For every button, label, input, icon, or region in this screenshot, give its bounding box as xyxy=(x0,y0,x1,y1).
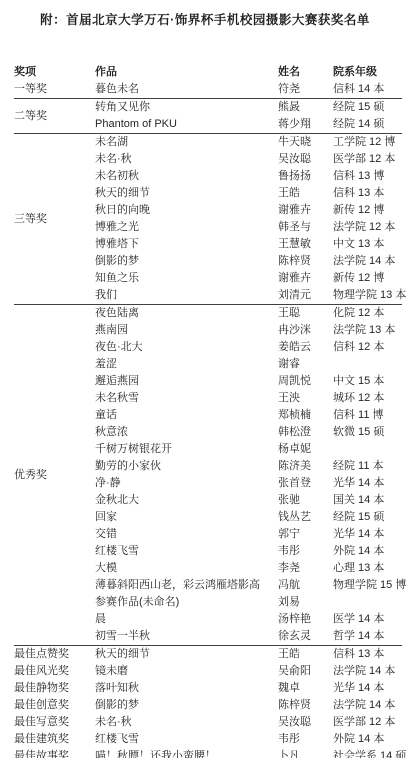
col-header-work: 作品 xyxy=(95,61,278,81)
work-cell: 秋日的向晚 xyxy=(95,202,278,219)
award-table: 奖项 作品 姓名 院系年级 一等奖暮色未名符尧信科 14 本二等奖转角又见你熊晸… xyxy=(14,61,402,758)
dept-cell: 经院 11 本 xyxy=(333,458,402,475)
table-row: 二等奖转角又见你熊晸经院 15 硕 xyxy=(14,99,402,117)
work-cell: 未名·秋 xyxy=(95,714,278,731)
work-cell: 参赛作品(未命名) xyxy=(95,594,278,611)
dept-cell: 法学院 12 本 xyxy=(333,219,402,236)
dept-cell: 经院 15 硕 xyxy=(333,509,402,526)
award-label: 最佳风光奖 xyxy=(14,663,95,680)
work-cell: 金秋北大 xyxy=(95,492,278,509)
work-cell: 千树万树银花开 xyxy=(95,441,278,458)
work-cell: 秋天的细节 xyxy=(95,646,278,664)
name-cell: 吴汝聪 xyxy=(278,151,333,168)
name-cell: 姜皓云 xyxy=(278,339,333,356)
award-label: 最佳写意奖 xyxy=(14,714,95,731)
work-cell: 倒影的梦 xyxy=(95,253,278,270)
name-cell: 张驰 xyxy=(278,492,333,509)
name-cell: 李尧 xyxy=(278,560,333,577)
award-label: 最佳建筑奖 xyxy=(14,731,95,748)
dept-cell: 社会学系 14 硕 xyxy=(333,748,402,758)
col-header-dept: 院系年级 xyxy=(333,61,402,81)
name-cell: 韩松澄 xyxy=(278,424,333,441)
work-cell: 转角又见你 xyxy=(95,99,278,117)
work-cell: 红楼飞雪 xyxy=(95,731,278,748)
work-cell: 邂逅燕园 xyxy=(95,373,278,390)
dept-cell: 经院 15 硕 xyxy=(333,99,402,117)
work-cell: 初雪一半秋 xyxy=(95,628,278,646)
dept-cell: 光华 14 本 xyxy=(333,526,402,543)
name-cell: 谢雅卉 xyxy=(278,270,333,287)
work-cell: 交错 xyxy=(95,526,278,543)
name-cell: 钱丛艺 xyxy=(278,509,333,526)
work-cell: 夜色陆离 xyxy=(95,305,278,323)
work-cell: 童话 xyxy=(95,407,278,424)
award-label: 最佳创意奖 xyxy=(14,697,95,714)
dept-cell: 信科 13 博 xyxy=(333,168,402,185)
table-row: 一等奖暮色未名符尧信科 14 本 xyxy=(14,81,402,99)
name-cell: 郑桢楠 xyxy=(278,407,333,424)
dept-cell: 经院 14 硕 xyxy=(333,116,402,134)
award-label: 最佳点赞奖 xyxy=(14,646,95,664)
dept-cell: 新传 12 博 xyxy=(333,270,402,287)
dept-cell: 软微 15 硕 xyxy=(333,424,402,441)
name-cell: 张首登 xyxy=(278,475,333,492)
name-cell: 谢睿 xyxy=(278,356,333,373)
work-cell: 知鱼之乐 xyxy=(95,270,278,287)
table-row: 最佳点赞奖秋天的细节王皓信科 13 本 xyxy=(14,646,402,664)
name-cell: 王聪 xyxy=(278,305,333,323)
dept-cell: 外院 14 本 xyxy=(333,543,402,560)
dept-cell: 信科 13 本 xyxy=(333,646,402,664)
dept-cell xyxy=(333,441,402,458)
dept-cell: 工学院 12 博 xyxy=(333,134,402,152)
name-cell: 鲁扬扬 xyxy=(278,168,333,185)
dept-cell: 信科 13 本 xyxy=(333,185,402,202)
name-cell: 杨卓妮 xyxy=(278,441,333,458)
name-cell: 吴俞阳 xyxy=(278,663,333,680)
dept-cell: 医学部 12 本 xyxy=(333,714,402,731)
dept-cell: 国关 14 本 xyxy=(333,492,402,509)
dept-cell: 心理 13 本 xyxy=(333,560,402,577)
name-cell: 蒋少翔 xyxy=(278,116,333,134)
name-cell: 陈济美 xyxy=(278,458,333,475)
name-cell: 熊晸 xyxy=(278,99,333,117)
name-cell: 韦彤 xyxy=(278,731,333,748)
dept-cell: 信科 14 本 xyxy=(333,81,402,99)
work-cell: 倒影的梦 xyxy=(95,697,278,714)
name-cell: 卜凡 xyxy=(278,748,333,758)
table-row: 最佳建筑奖红楼飞雪韦彤外院 14 本 xyxy=(14,731,402,748)
dept-cell: 医学部 12 本 xyxy=(333,151,402,168)
table-row: 最佳风光奖镜未磨吴俞阳法学院 14 本 xyxy=(14,663,402,680)
award-label: 二等奖 xyxy=(14,99,95,134)
dept-cell: 新传 12 博 xyxy=(333,202,402,219)
dept-cell: 信科 12 本 xyxy=(333,339,402,356)
work-cell: 晨 xyxy=(95,611,278,628)
name-cell: 冉沙洣 xyxy=(278,322,333,339)
table-header: 奖项 作品 姓名 院系年级 xyxy=(14,61,402,81)
work-cell: 秋意浓 xyxy=(95,424,278,441)
name-cell: 王皓 xyxy=(278,185,333,202)
name-cell: 吴汝聪 xyxy=(278,714,333,731)
dept-cell: 医学 14 本 xyxy=(333,611,402,628)
dept-cell: 法学院 14 本 xyxy=(333,697,402,714)
col-header-name: 姓名 xyxy=(278,61,333,81)
work-cell: 净·静 xyxy=(95,475,278,492)
name-cell: 王泱 xyxy=(278,390,333,407)
work-cell: 未名初秋 xyxy=(95,168,278,185)
work-cell: 大模 xyxy=(95,560,278,577)
table-row: 最佳故事奖喵！秋膘！还我小蛮腰！卜凡社会学系 14 硕 xyxy=(14,748,402,758)
dept-cell: 外院 14 本 xyxy=(333,731,402,748)
name-cell: 徐玄灵 xyxy=(278,628,333,646)
dept-cell: 物理学院 15 博 xyxy=(333,577,402,594)
name-cell: 牛天晓 xyxy=(278,134,333,152)
table-row: 最佳写意奖未名·秋吴汝聪医学部 12 本 xyxy=(14,714,402,731)
work-cell: 镜未磨 xyxy=(95,663,278,680)
work-cell: 夜色·北大 xyxy=(95,339,278,356)
name-cell: 汤梓艳 xyxy=(278,611,333,628)
award-label: 三等奖 xyxy=(14,134,95,305)
work-cell: 燕南园 xyxy=(95,322,278,339)
award-label: 最佳静物奖 xyxy=(14,680,95,697)
dept-cell: 信科 11 博 xyxy=(333,407,402,424)
work-cell: 落叶知秋 xyxy=(95,680,278,697)
dept-cell: 光华 14 本 xyxy=(333,680,402,697)
table-body: 一等奖暮色未名符尧信科 14 本二等奖转角又见你熊晸经院 15 硕Phantom… xyxy=(14,81,402,758)
dept-cell: 法学院 14 本 xyxy=(333,253,402,270)
work-cell: 未名秋雪 xyxy=(95,390,278,407)
name-cell: 冯航 xyxy=(278,577,333,594)
dept-cell: 光华 14 本 xyxy=(333,475,402,492)
work-cell: 未名·秋 xyxy=(95,151,278,168)
work-cell: 博雅塔下 xyxy=(95,236,278,253)
work-cell: 薄暮斜阳西山老，彩云鸿雁塔影高 xyxy=(95,577,278,594)
name-cell: 陈梓贤 xyxy=(278,253,333,270)
dept-cell: 化院 12 本 xyxy=(333,305,402,323)
dept-cell: 法学院 13 本 xyxy=(333,322,402,339)
work-cell: 勤劳的小家伙 xyxy=(95,458,278,475)
table-row: 最佳创意奖倒影的梦陈梓贤法学院 14 本 xyxy=(14,697,402,714)
name-cell: 谢雅卉 xyxy=(278,202,333,219)
work-cell: 喵！秋膘！还我小蛮腰！ xyxy=(95,748,278,758)
dept-cell xyxy=(333,356,402,373)
name-cell: 韦彤 xyxy=(278,543,333,560)
work-cell: Phantom of PKU xyxy=(95,116,278,134)
work-cell: 暮色未名 xyxy=(95,81,278,99)
work-cell: 羞涩 xyxy=(95,356,278,373)
name-cell: 韩圣与 xyxy=(278,219,333,236)
header-row: 奖项 作品 姓名 院系年级 xyxy=(14,61,402,81)
dept-cell: 法学院 14 本 xyxy=(333,663,402,680)
dept-cell: 城环 12 本 xyxy=(333,390,402,407)
work-cell: 回家 xyxy=(95,509,278,526)
dept-cell: 物理学院 13 本 xyxy=(333,287,402,305)
work-cell: 秋天的细节 xyxy=(95,185,278,202)
name-cell: 符尧 xyxy=(278,81,333,99)
work-cell: 博雅之光 xyxy=(95,219,278,236)
document-page: { "page": { "title": "附：首届北京大学万石·饰界杯手机校园… xyxy=(0,0,410,758)
name-cell: 刘清元 xyxy=(278,287,333,305)
table-row: 最佳静物奖落叶知秋魏卓光华 14 本 xyxy=(14,680,402,697)
table-row: 三等奖未名湖牛天晓工学院 12 博 xyxy=(14,134,402,152)
page-title: 附：首届北京大学万石·饰界杯手机校园摄影大赛获奖名单 xyxy=(0,0,410,28)
name-cell: 魏卓 xyxy=(278,680,333,697)
name-cell: 刘易 xyxy=(278,594,333,611)
name-cell: 王慧敏 xyxy=(278,236,333,253)
dept-cell: 哲学 14 本 xyxy=(333,628,402,646)
table-row: 优秀奖夜色陆离王聪化院 12 本 xyxy=(14,305,402,323)
work-cell: 红楼飞雪 xyxy=(95,543,278,560)
name-cell: 郭宁 xyxy=(278,526,333,543)
name-cell: 周凯悦 xyxy=(278,373,333,390)
award-label: 优秀奖 xyxy=(14,305,95,646)
award-label: 最佳故事奖 xyxy=(14,748,95,758)
name-cell: 陈梓贤 xyxy=(278,697,333,714)
work-cell: 未名湖 xyxy=(95,134,278,152)
col-header-award: 奖项 xyxy=(14,61,95,81)
award-label: 一等奖 xyxy=(14,81,95,99)
dept-cell xyxy=(333,594,402,611)
dept-cell: 中文 13 本 xyxy=(333,236,402,253)
work-cell: 我们 xyxy=(95,287,278,305)
dept-cell: 中文 15 本 xyxy=(333,373,402,390)
name-cell: 王皓 xyxy=(278,646,333,664)
